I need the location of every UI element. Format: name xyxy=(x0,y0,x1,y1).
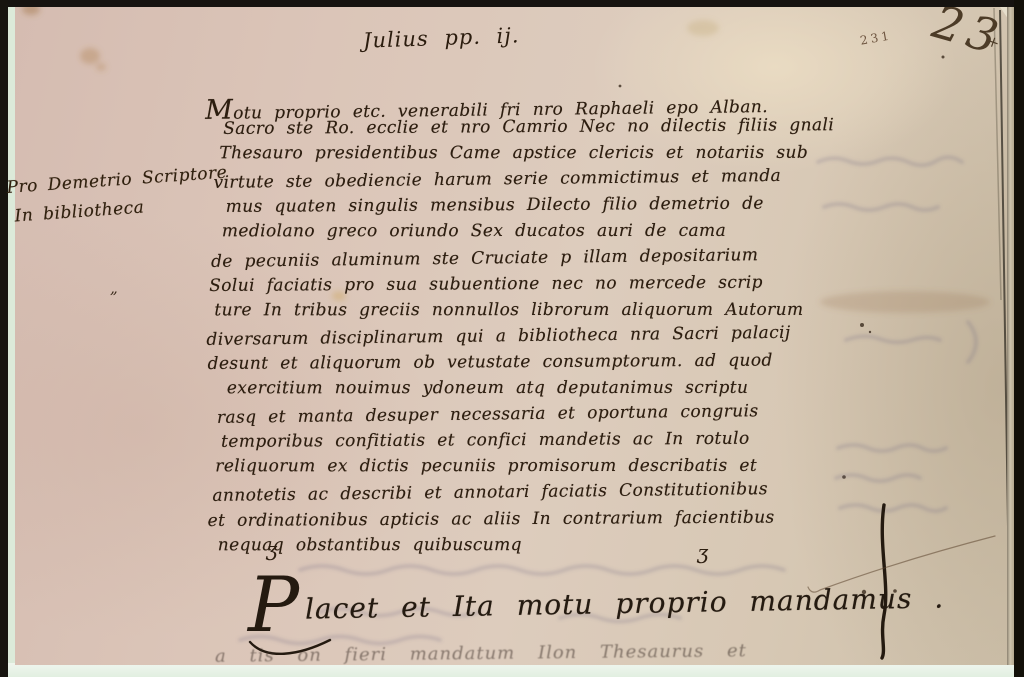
scan-edge-top xyxy=(0,0,1024,7)
manuscript-page: Julius pp. ij. 231 23 + „ Motu proprio e… xyxy=(15,7,1007,665)
manuscript-line: et ordinationibus apticis ac aliis In co… xyxy=(208,507,837,537)
margin-ditto-marks: „ xyxy=(110,279,121,297)
placet-subscription-line: Placet et Ita motu proprio mandamus . xyxy=(248,567,944,643)
manuscript-line: desunt et aliquorum ob vetustate consump… xyxy=(208,350,836,380)
page-edge-lines xyxy=(994,7,1007,655)
manuscript-line: Sacro ste Ro. ecclie et nro Camrio Nec n… xyxy=(223,115,834,145)
descender-flourish: ʒ xyxy=(266,537,277,561)
folio-stamp-number: 231 xyxy=(859,28,893,47)
manuscript-scan: Julius pp. ij. 231 23 + „ Motu proprio e… xyxy=(0,0,1024,677)
scan-edge-right xyxy=(1014,0,1024,677)
page-heading: Julius pp. ij. xyxy=(363,23,520,52)
page-edge-bottom-strip xyxy=(8,663,1024,677)
manuscript-line: ture In tribus greciis nonnullos libroru… xyxy=(214,300,835,327)
placet-initial-letter: P xyxy=(248,567,299,643)
manuscript-line: temporibus confitiatis et confici mandet… xyxy=(221,428,836,458)
book-fore-edge xyxy=(1007,7,1014,665)
manuscript-line: mediolano greco oriundo Sex ducatos auri… xyxy=(222,221,835,248)
manuscript-line: Solui faciatis pro sua subuentione nec n… xyxy=(209,272,835,302)
descender-flourish: ʒ xyxy=(697,540,708,564)
body-text-block: Motu proprio etc. venerabili fri nro Rap… xyxy=(205,89,837,563)
manuscript-line: nequaq obstantibus quibuscumq xyxy=(218,534,837,561)
placet-text: lacet et Ita motu proprio mandamus . xyxy=(305,581,945,625)
manuscript-line: mus quaten singulis mensibus Dilecto fil… xyxy=(226,194,835,224)
scan-edge-left xyxy=(0,0,8,677)
